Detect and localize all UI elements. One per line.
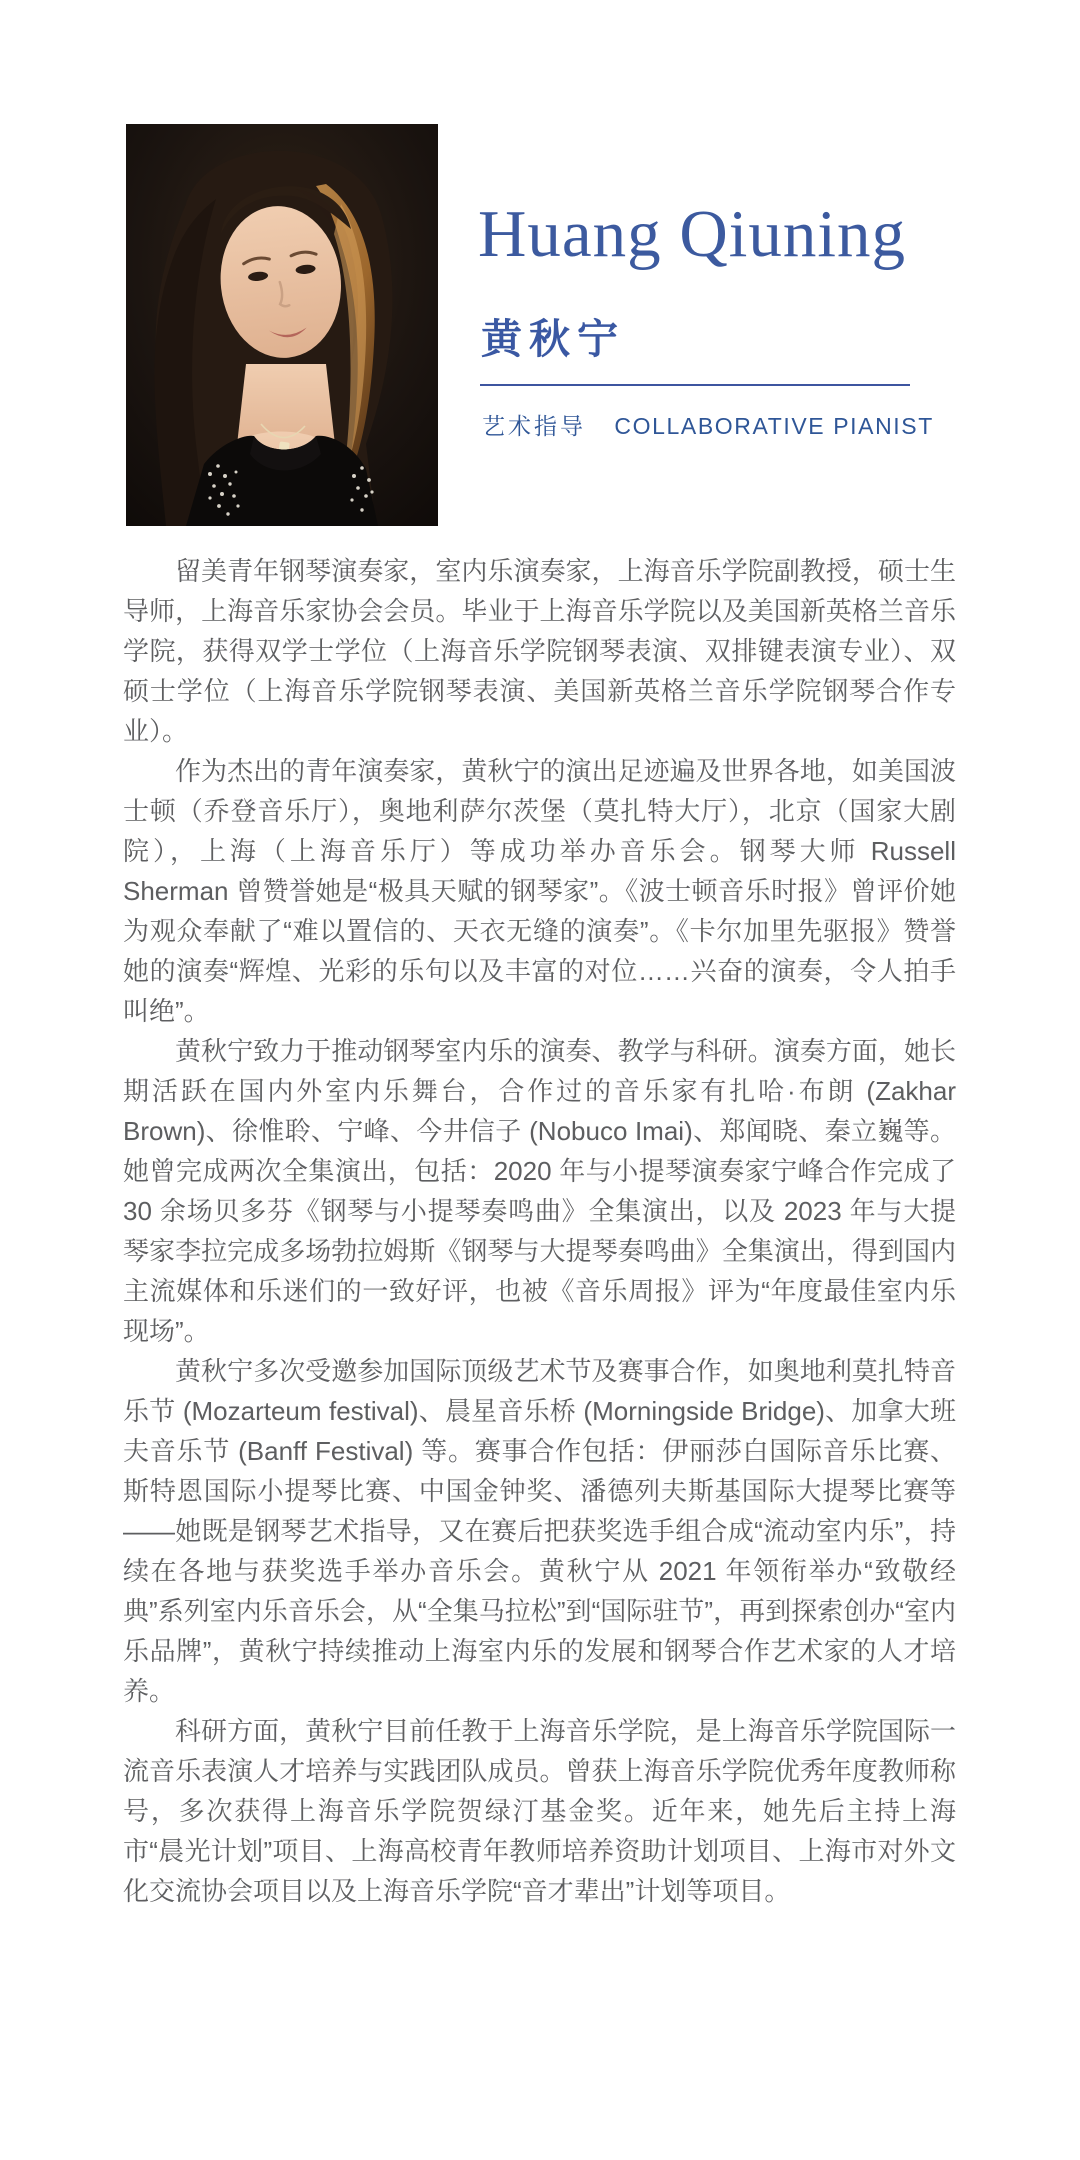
- title-divider: [480, 384, 910, 386]
- name-chinese: 黄秋宁: [481, 306, 625, 365]
- bio-paragraph: 黄秋宁多次受邀参加国际顶级艺术节及赛事合作，如奥地利莫扎特音乐节 (Mozart…: [123, 1351, 956, 1711]
- bio-paragraph: 留美青年钢琴演奏家，室内乐演奏家，上海音乐学院副教授，硕士生导师，上海音乐家协会…: [123, 551, 956, 751]
- role-english: COLLABORATIVE PIANIST: [614, 413, 933, 439]
- portrait-photo: [126, 124, 438, 526]
- bio-paragraph: 黄秋宁致力于推动钢琴室内乐的演奏、教学与科研。演奏方面，她长期活跃在国内外室内乐…: [123, 1031, 956, 1351]
- role-chinese: 艺术指导: [482, 413, 586, 439]
- portrait-photo-art: [126, 124, 438, 526]
- bio-paragraph: 科研方面，黄秋宁目前任教于上海音乐学院，是上海音乐学院国际一流音乐表演人才培养与…: [123, 1711, 956, 1911]
- biography: 留美青年钢琴演奏家，室内乐演奏家，上海音乐学院副教授，硕士生导师，上海音乐家协会…: [123, 551, 956, 1911]
- name-english: Huang Qiuning: [478, 196, 906, 273]
- role-subtitle: 艺术指导 COLLABORATIVE PIANIST: [482, 408, 934, 441]
- bio-page: Huang Qiuning 黄秋宁 艺术指导 COLLABORATIVE PIA…: [0, 0, 1080, 2160]
- bio-paragraph: 作为杰出的青年演奏家，黄秋宁的演出足迹遍及世界各地，如美国波士顿（乔登音乐厅），…: [123, 751, 956, 1031]
